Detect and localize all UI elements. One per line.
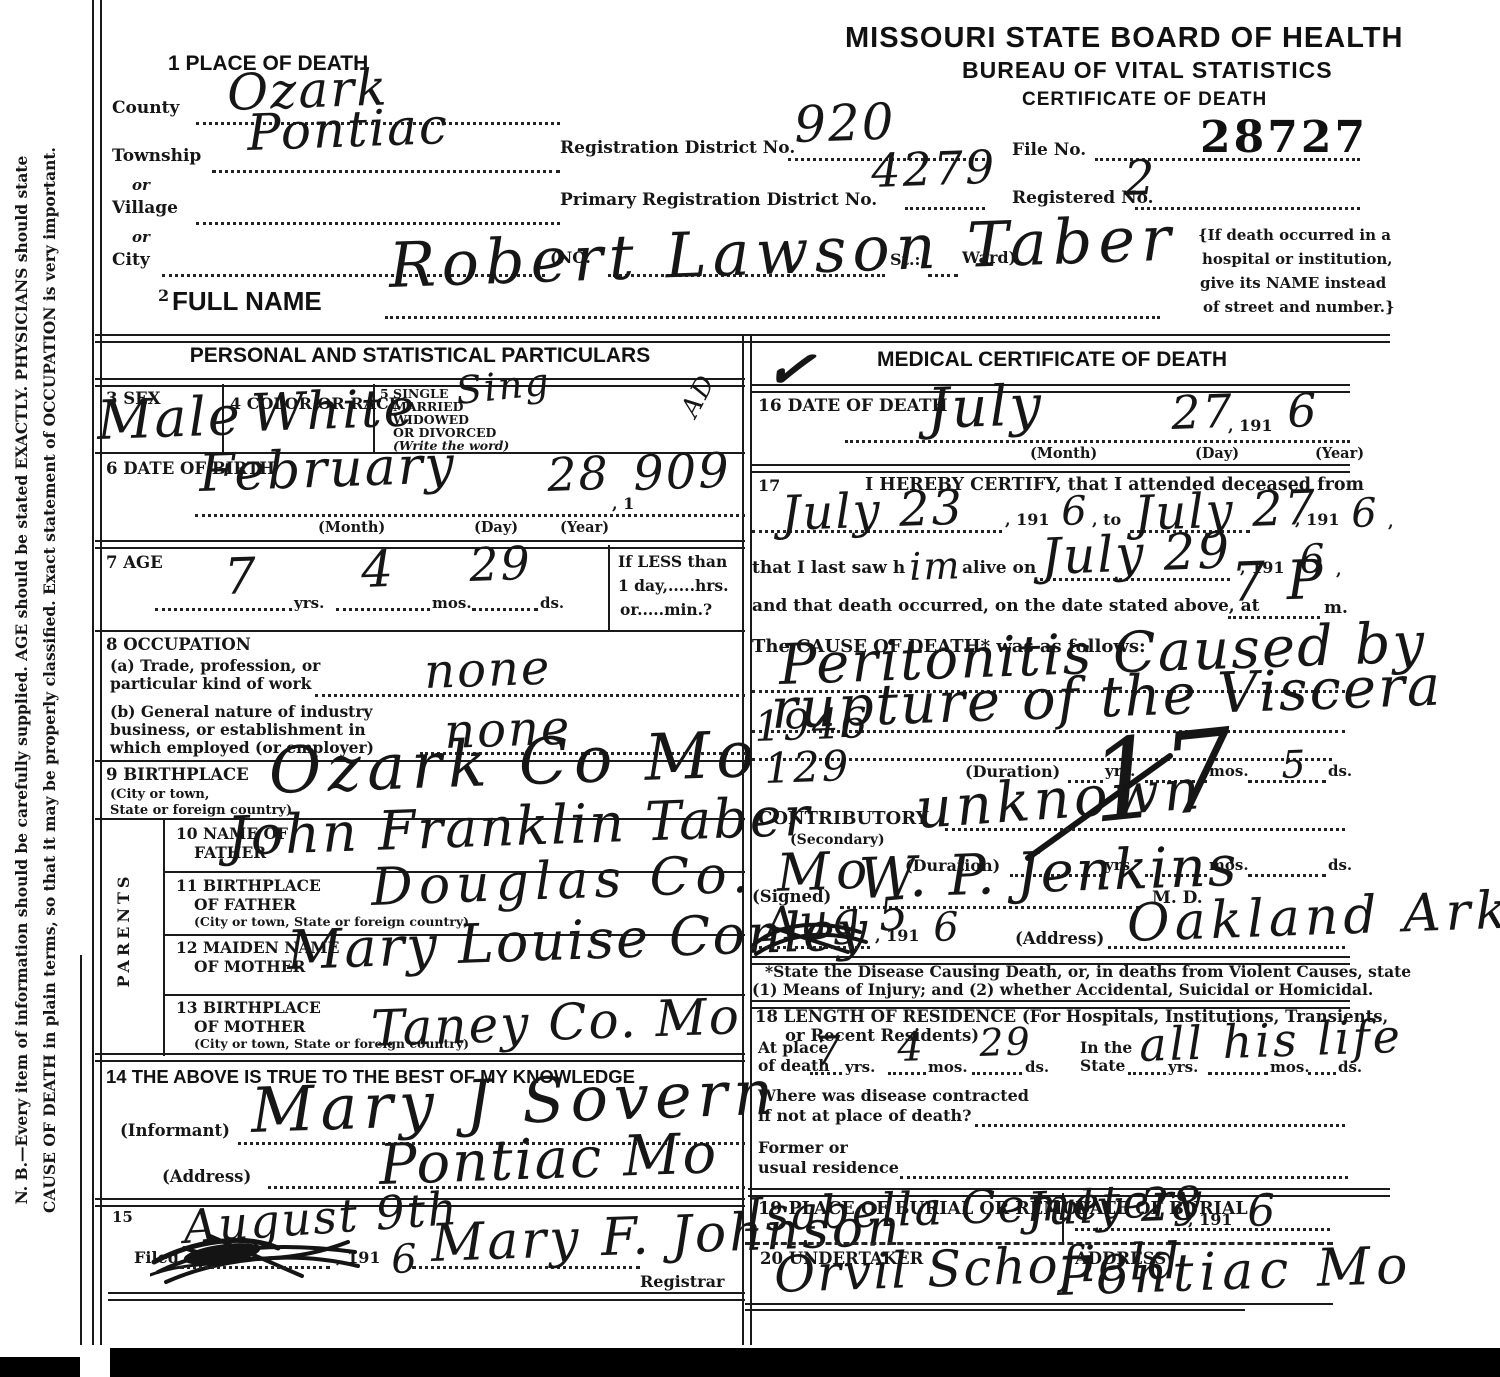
former-residence-label-1: Former or	[758, 1140, 848, 1157]
undertaker-address-value: Pontiac Mo	[1056, 1240, 1414, 1304]
board-title: MISSOURI STATE BOARD OF HEALTH	[845, 22, 1403, 55]
in-state-label-2: State	[1080, 1058, 1125, 1074]
mother-birthplace-value: Taney Co. Mo	[370, 991, 741, 1054]
or-label-2: or	[132, 230, 150, 246]
death-time-value: 7 P	[1230, 553, 1326, 610]
date-of-death-year-prefix: , 191	[1228, 418, 1273, 435]
less-than-note-3: or.....min.?	[620, 602, 712, 618]
occupation-a-label-1: (a) Trade, profession, or	[110, 658, 320, 674]
informant-label: (Informant)	[120, 1122, 230, 1139]
at-place-yrs-value: 7	[815, 1031, 844, 1072]
registered-no-value: 2	[1123, 154, 1157, 203]
filed-line-left	[180, 1266, 330, 1269]
date-of-death-day: 27	[1170, 388, 1234, 436]
burial-year-prefix: , 191	[1188, 1212, 1233, 1229]
or-label-1: or	[132, 178, 150, 194]
duration1-ds-caption: ds.	[1328, 764, 1352, 780]
sex-value: Male	[96, 389, 243, 448]
dob-line	[195, 514, 745, 517]
signed-year-prefix: , 191	[875, 928, 920, 945]
undertaker-rule-a	[745, 1303, 1333, 1305]
registrar-label: Registrar	[640, 1274, 724, 1291]
occupation-a-label-2: particular kind of work	[110, 676, 311, 692]
certify-to-comma: ,	[1388, 514, 1394, 531]
occupation-a-value: none	[423, 644, 552, 696]
in-state-ds-line	[1308, 1072, 1336, 1075]
signed-date-line	[752, 946, 870, 949]
occupation-b-label-1: (b) General nature of industry	[110, 704, 373, 720]
margin-note-line1: N. B.—Every item of information should b…	[14, 10, 30, 1350]
father-birthplace-label-1: 11 BIRTHPLACE	[176, 878, 321, 894]
burial-year-digit: 6	[1246, 1189, 1278, 1234]
age-label: 7 AGE	[106, 554, 163, 571]
at-place-mos-caption: mos.	[928, 1060, 968, 1076]
full-name-line	[385, 316, 1160, 319]
age-yrs-value: 7	[223, 551, 259, 602]
in-state-mos-line	[1208, 1072, 1268, 1075]
date-of-death-line	[845, 440, 1350, 443]
at-place-yrs-line	[810, 1072, 842, 1075]
death-occurred-text: and that death occurred, on the date sta…	[752, 598, 1260, 616]
contracted-label-1: Where was disease contracted	[758, 1088, 1029, 1105]
father-birthplace-label-2: OF FATHER	[194, 897, 296, 913]
signed-year-digit: 6	[933, 907, 962, 948]
contracted-line	[975, 1124, 1345, 1127]
primary-reg-label: Primary Registration District No.	[560, 192, 877, 210]
certify-from-value: July 23	[780, 484, 965, 538]
last-saw-comma: ,	[1336, 562, 1342, 579]
violent-causes-footnote-2: (1) Means of Injury; and (2) whether Acc…	[752, 982, 1373, 998]
parents-label-divider	[163, 818, 165, 1056]
in-state-yrs-caption: yrs.	[1168, 1060, 1198, 1076]
full-name-label: FULL NAME	[172, 286, 322, 317]
full-name-number: 2	[158, 288, 169, 305]
dob-bottom-rule	[95, 540, 745, 549]
secondary-label: (Secondary)	[790, 833, 885, 848]
birthplace-label: 9 BIRTHPLACE	[106, 766, 249, 783]
at-place-ds-value: 29	[979, 1022, 1033, 1062]
marital-value: Sing	[454, 362, 552, 410]
bottom-scan-bar	[110, 1348, 1500, 1377]
filed-year-prefix: , 191	[336, 1250, 381, 1267]
age-ds-value: 29	[468, 540, 532, 588]
last-saw-him-fill: im	[909, 546, 962, 586]
undertaker-rule-b	[745, 1309, 1245, 1311]
cause-stray-mark-2: 129	[764, 745, 852, 790]
hospital-note-line1: {If death occurred in a	[1198, 228, 1391, 244]
age-mos-value: 4	[360, 544, 396, 595]
date-of-death-label: 16 DATE OF DEATH	[758, 398, 948, 416]
left-border-stub	[80, 955, 82, 1345]
file-no-value: 28727	[1200, 112, 1368, 163]
age-mos-line	[336, 608, 430, 611]
medical-title-rule	[752, 384, 1350, 393]
in-state-yrs-line	[1128, 1072, 1166, 1075]
duration1-ds-value: 5	[1281, 745, 1308, 784]
certify-to-year-prefix: , 191	[1295, 512, 1340, 529]
certify-number: 17	[758, 478, 780, 495]
reg-district-label: Registration District No.	[560, 140, 795, 158]
violent-causes-footnote-1: *State the Disease Causing Death, or, in…	[765, 964, 1411, 980]
dod-day-caption: (Day)	[1195, 446, 1239, 461]
village-label: Village	[112, 200, 178, 218]
left-border-inner	[100, 0, 102, 1345]
dob-month-value: February	[198, 439, 457, 500]
hospital-note-line2: hospital or institution,	[1202, 252, 1393, 268]
in-state-ds-caption: ds.	[1338, 1060, 1362, 1076]
bottom-left-scan-bar	[0, 1357, 80, 1377]
less-than-note-1: If LESS than	[618, 554, 727, 570]
in-state-label-1: In the	[1080, 1040, 1132, 1056]
left-border-outer	[92, 0, 94, 1345]
less-than-note-2: 1 day,.....hrs.	[618, 578, 729, 594]
date-of-death-month: July	[926, 378, 1044, 438]
hospital-note-line4: of street and number.}	[1203, 300, 1395, 316]
at-place-ds-line	[972, 1072, 1022, 1075]
primary-reg-value: 4279	[870, 144, 997, 194]
age-less-divider	[608, 545, 610, 630]
age-ds-caption: ds.	[540, 596, 564, 612]
at-place-ds-caption: ds.	[1025, 1060, 1049, 1076]
margin-note-line2: CAUSE OF DEATH in plain terms, so that i…	[42, 10, 58, 1350]
at-place-mos-value: 4	[897, 1027, 926, 1068]
personal-title: PERSONAL AND STATISTICAL PARTICULARS	[95, 344, 745, 368]
cause-stray-mark-1: 1946	[754, 702, 870, 748]
filed-year-digit: 6	[391, 1239, 420, 1280]
township-label: Township	[112, 148, 201, 166]
at-place-yrs-caption: yrs.	[845, 1060, 875, 1076]
contributory-label: CONTRIBUTORY	[758, 810, 928, 829]
mother-birthplace-label-1: 13 BIRTHPLACE	[176, 1000, 321, 1016]
burial-date-value: July 28	[1026, 1180, 1203, 1232]
age-bottom-rule	[95, 630, 745, 632]
duration2-ds-line	[1248, 874, 1326, 877]
dod-month-caption: (Month)	[1030, 446, 1097, 461]
last-saw-date-value: July 29	[1040, 525, 1232, 582]
mother-birthplace-label-2: OF MOTHER	[194, 1019, 305, 1035]
duration2-ds-caption: ds.	[1328, 858, 1352, 874]
last-saw-post-text: alive on	[962, 560, 1036, 578]
date-of-death-year-digit: 6	[1286, 387, 1319, 434]
dob-month-caption: (Month)	[318, 520, 385, 535]
parents-group-label: PARENTS	[116, 818, 133, 1042]
township-value: Pontiac	[246, 101, 449, 158]
dob-year-caption: (Year)	[560, 520, 609, 535]
last-saw-pre-text: that I last saw h	[752, 560, 905, 578]
hospital-note-line3: give its NAME instead	[1200, 276, 1386, 292]
full-name-value: Robert Lawson Taber	[388, 208, 1178, 297]
physician-address-label: (Address)	[1015, 930, 1104, 947]
filed-bottom-rule	[108, 1292, 745, 1301]
file-no-label: File No.	[1012, 142, 1086, 160]
informant-address-label: (Address)	[162, 1168, 251, 1185]
certify-to-year-digit: 6	[1351, 493, 1380, 534]
dod-year-caption: (Year)	[1315, 446, 1364, 461]
dob-day-caption: (Day)	[474, 520, 518, 535]
certificate-title: CERTIFICATE OF DEATH	[1022, 89, 1267, 111]
filed-label: Filed	[134, 1250, 179, 1267]
filed-scratch-scribble	[150, 1228, 365, 1292]
dod-bottom-rule	[752, 464, 1350, 473]
occupation-label: 8 OCCUPATION	[106, 636, 251, 653]
bureau-title: BUREAU OF VITAL STATISTICS	[962, 57, 1333, 84]
county-label: County	[112, 100, 179, 118]
filed-number: 15	[112, 1210, 133, 1226]
reg-district-value: 920	[793, 96, 896, 150]
dob-day-value: 28	[546, 450, 610, 498]
age-ds-line	[472, 608, 538, 611]
dob-year-value: 909	[632, 447, 731, 498]
certify-from-year-prefix: , 191	[1005, 512, 1050, 529]
township-line	[212, 170, 560, 173]
age-yrs-line	[155, 608, 292, 611]
age-mos-caption: mos.	[432, 596, 472, 612]
birthplace-note-1: (City or town,	[110, 788, 209, 802]
age-yrs-caption: yrs.	[294, 596, 324, 612]
at-place-mos-line	[888, 1072, 926, 1075]
dob-year-prefix: , 1	[612, 496, 634, 513]
contracted-label-2: if not at place of death?	[758, 1108, 972, 1125]
city-label: City	[112, 252, 150, 270]
in-state-mos-caption: mos.	[1270, 1060, 1310, 1076]
physician-address-value: Oakland Ark	[1126, 885, 1500, 950]
former-residence-label-2: usual residence	[758, 1160, 899, 1177]
death-certificate-document: N. B.—Every item of information should b…	[0, 0, 1500, 1377]
medical-title: MEDICAL CERTIFICATE OF DEATH	[752, 348, 1352, 372]
